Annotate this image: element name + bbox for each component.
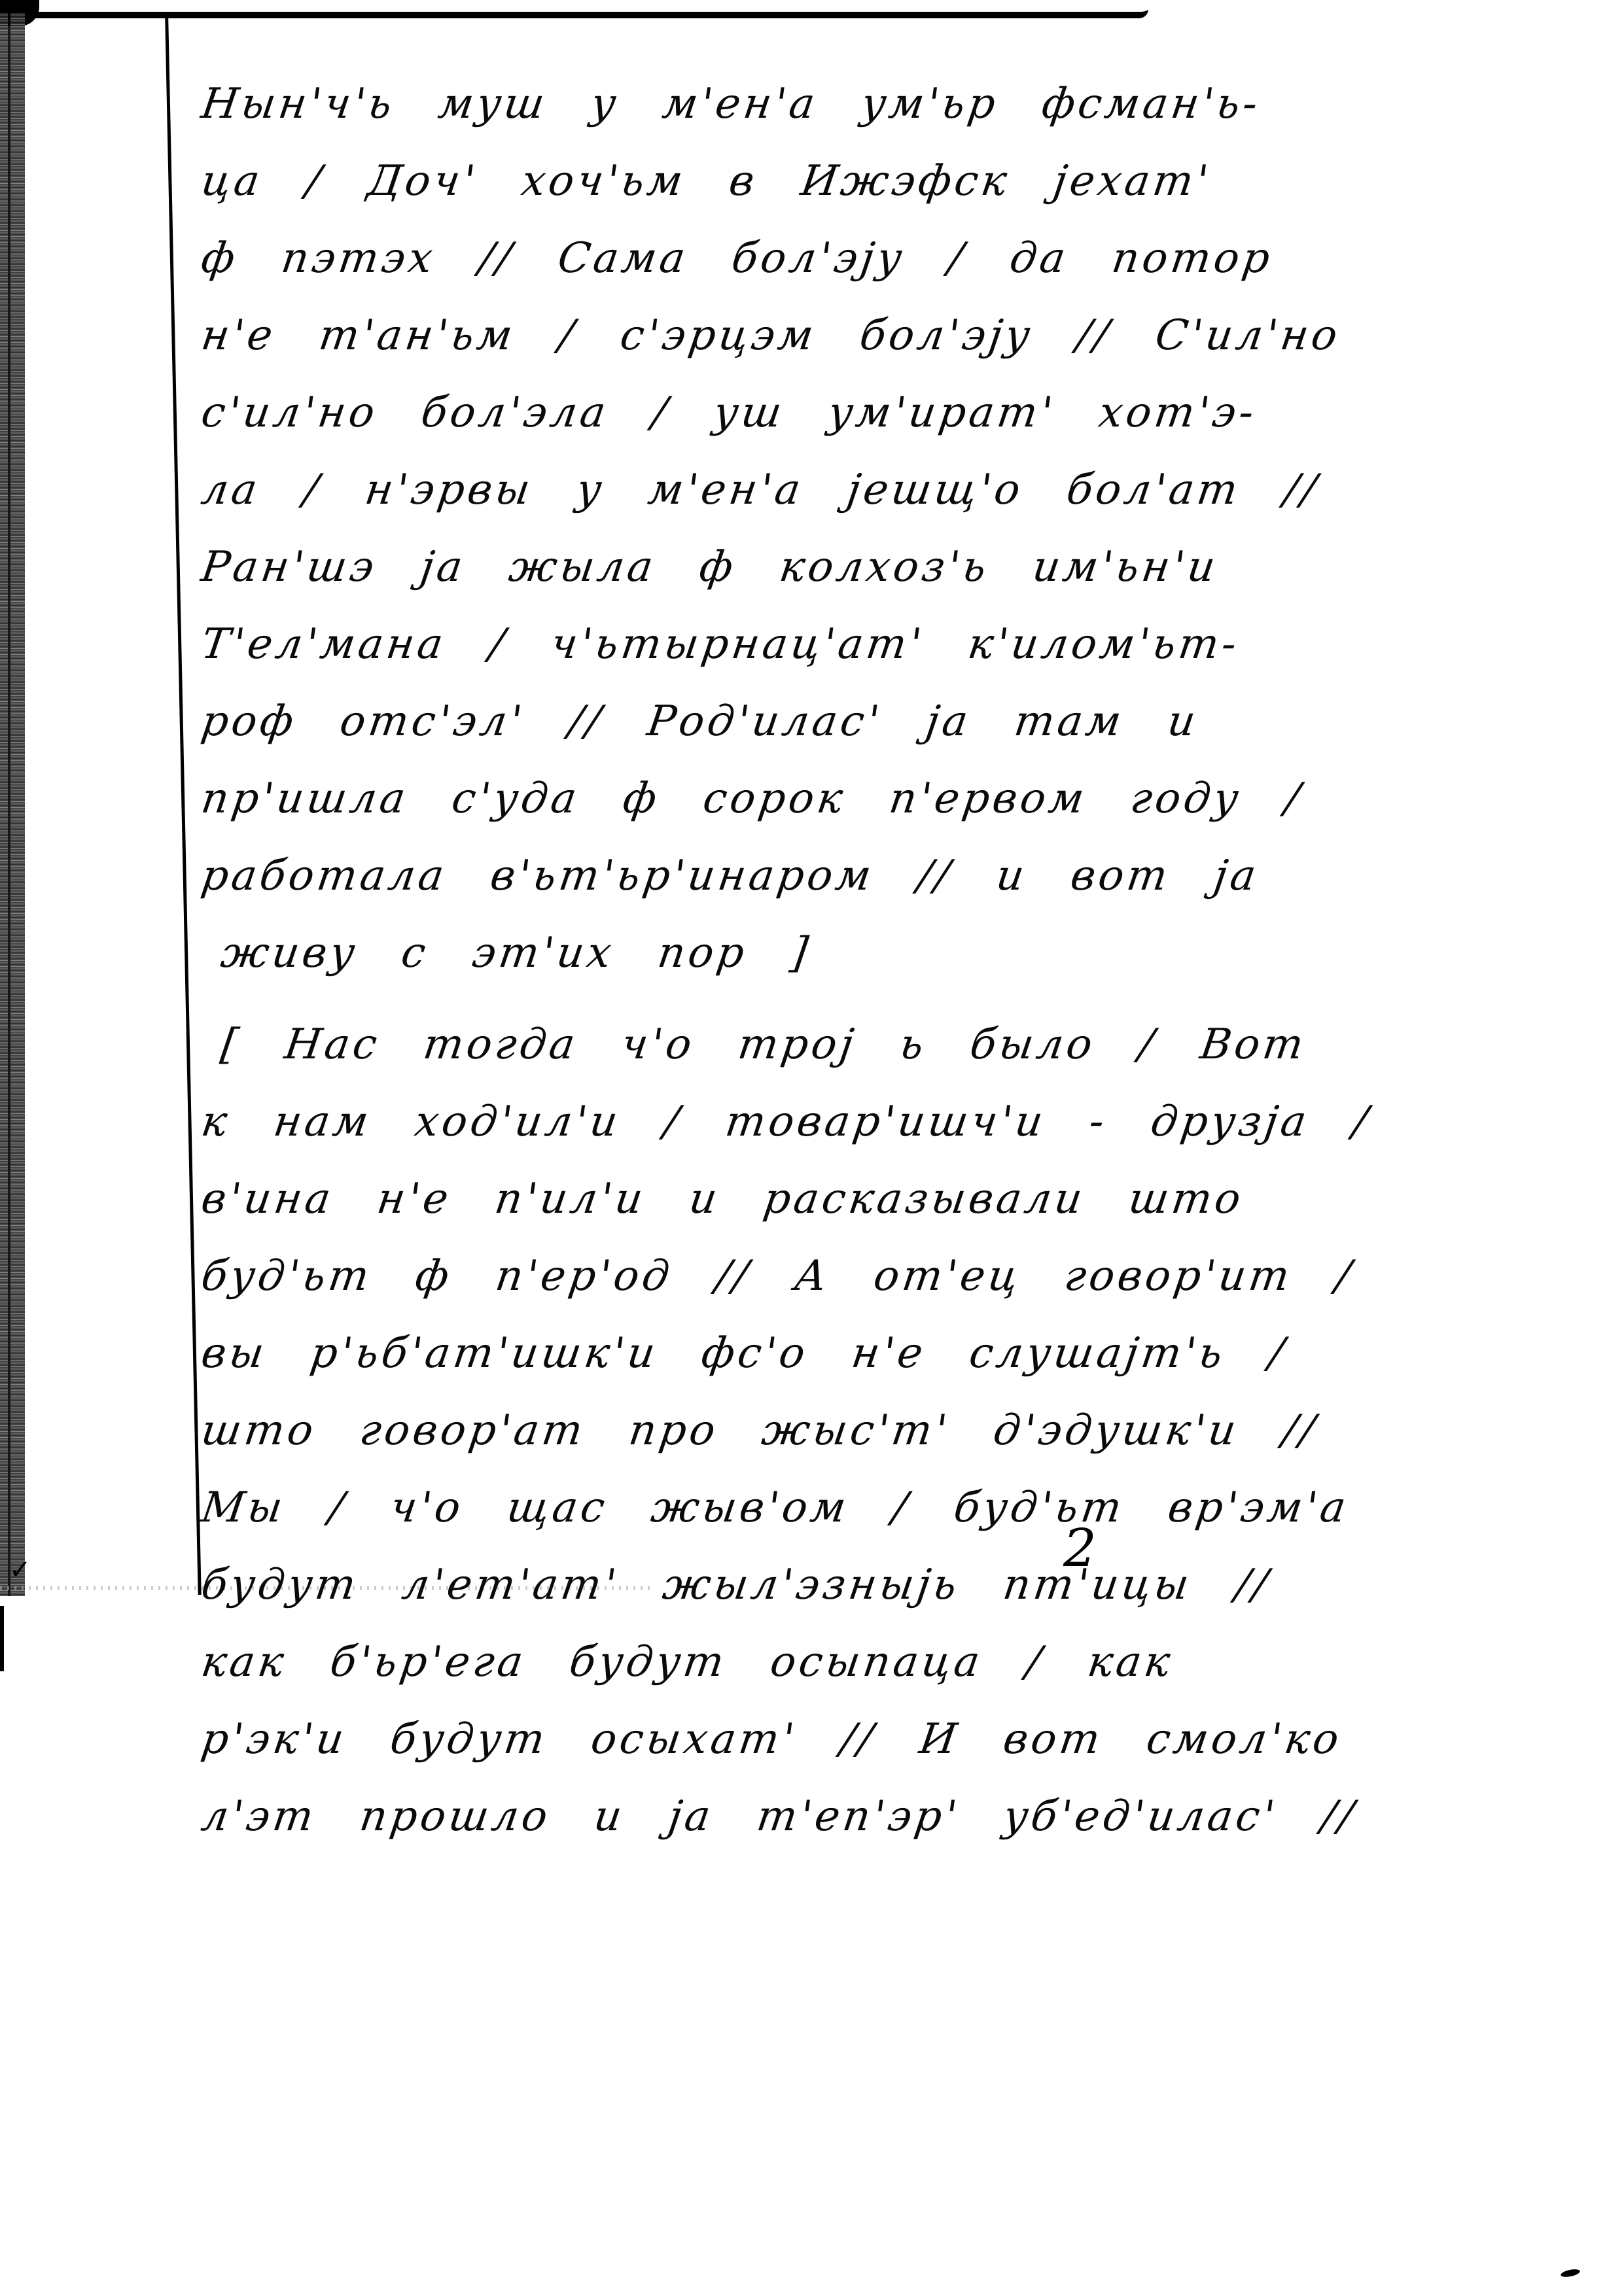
text-line: буд'ьт ф п'ер'од // А от'ец говор'ит / — [196, 1238, 1320, 1315]
scan-top-border — [0, 0, 1148, 18]
scan-bottom-left-edge — [0, 1606, 4, 1671]
page-number: 2 — [1063, 1518, 1097, 1578]
text-line: л'эт прошло и ја т'еп'эр' уб'ед'илас' // — [196, 1778, 1320, 1855]
text-line: ла / н'эрвы у м'ен'а јешщ'о бол'ат // — [196, 451, 1320, 529]
paragraph-1: Нын'ч'ь муш у м'ен'а ум'ьр фсман'ь- ца /… — [196, 65, 1309, 992]
handwritten-text-body: Нын'ч'ь муш у м'ен'а ум'ьр фсман'ь- ца /… — [196, 65, 1309, 1855]
text-line: вы р'ьб'ат'ишк'и фс'о н'е слушајт'ь / — [196, 1315, 1320, 1392]
text-line: в'ина н'е п'ил'и и расказывали што — [196, 1160, 1320, 1238]
text-line: р'эк'и будут осыхат' // И вот смол'ко — [196, 1701, 1320, 1778]
scan-left-edge — [0, 13, 25, 1596]
text-line: Нын'ч'ь муш у м'ен'а ум'ьр фсман'ь- — [196, 65, 1320, 143]
text-line: пр'ишла с'уда ф сорок п'ервом году / — [196, 760, 1320, 837]
text-line: Ран'шэ ја жыла ф колхоз'ь им'ьн'и — [196, 529, 1320, 606]
text-line: роф отс'эл' // Род'илас' ја там и — [196, 683, 1320, 760]
text-line: н'е т'ан'ьм / с'эрцэм бол'эју // С'ил'но — [196, 297, 1320, 374]
text-line: к нам ход'ил'и / товар'ишч'и - друзја / — [196, 1083, 1320, 1160]
text-line: Т'ел'мана / ч'ьтырнац'ат' к'илом'ьт- — [196, 606, 1320, 683]
text-line: с'ил'но бол'эла / уш ум'ират' хот'э- — [196, 374, 1320, 451]
corner-check-mark: ✓ — [9, 1557, 35, 1586]
paragraph-2: [ Нас тогда ч'о трој ь было / Вот к нам … — [196, 1006, 1309, 1855]
text-line: Мы / ч'о щас жыв'ом / буд'ьт вр'эм'а — [196, 1469, 1320, 1546]
text-line: ца / Доч' хоч'ьм в Ижэфск јехат' — [196, 143, 1320, 220]
text-line: ф пэтэх // Сама бол'эју / да потор — [196, 220, 1320, 297]
text-line: как б'ьр'ега будут осыпаца / как — [196, 1624, 1320, 1701]
ink-blot — [1560, 2268, 1580, 2278]
text-line: што говор'ат про жыс'т' д'эдушк'и // — [196, 1392, 1320, 1469]
text-line: работала в'ьт'ьр'инаром // и вот ја — [196, 837, 1320, 914]
text-line: живу с эт'их пор ] — [196, 914, 1320, 992]
text-line: будут л'ет'ат' жыл'эзныјь пт'ицы // — [196, 1546, 1320, 1624]
text-line: [ Нас тогда ч'о трој ь было / Вот — [196, 1006, 1320, 1083]
